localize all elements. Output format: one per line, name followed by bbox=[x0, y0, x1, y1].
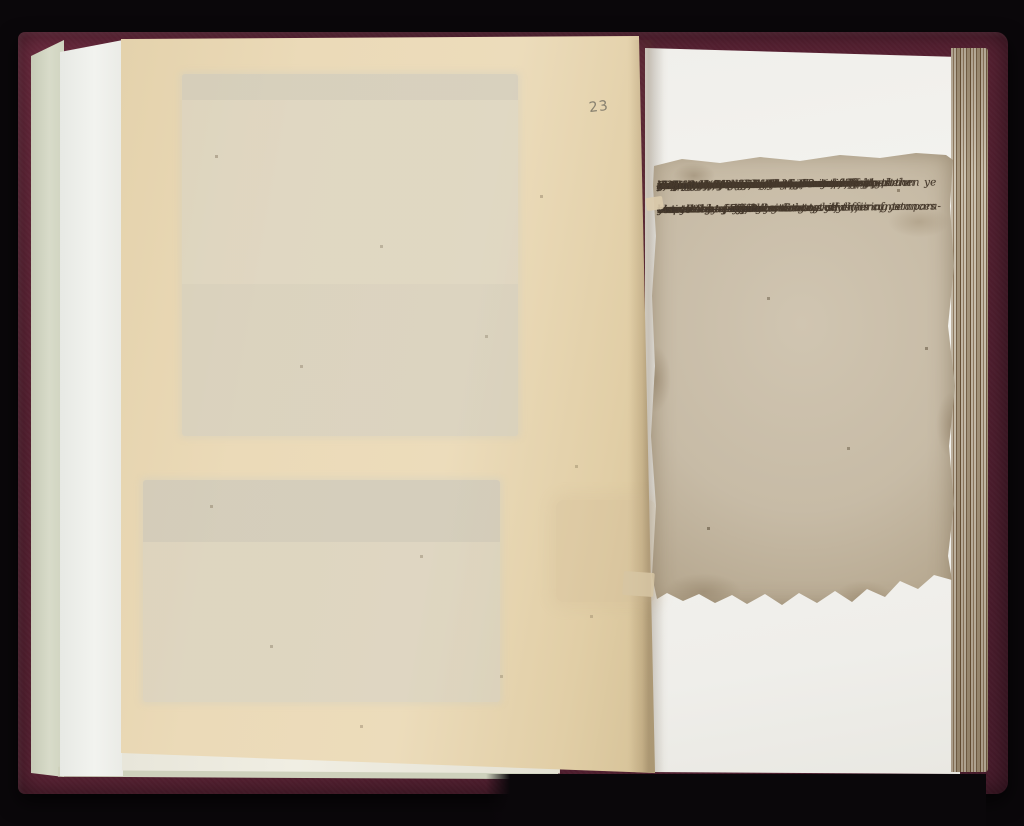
show-through-panel-bottom bbox=[143, 480, 500, 702]
tape-tab bbox=[645, 196, 664, 211]
flyleaf-white bbox=[60, 40, 123, 776]
tape-tab bbox=[622, 571, 655, 597]
flyleaf-green bbox=[31, 40, 64, 777]
manuscript-paragraph: Feavours & most of their other Symtoms &… bbox=[657, 200, 951, 204]
folio-number: 23 bbox=[588, 98, 610, 116]
left-page bbox=[121, 36, 655, 773]
show-through-panel-top bbox=[182, 74, 518, 436]
photograph-stage: 23 And indeed it were in my opiniona thi… bbox=[0, 0, 1024, 826]
manuscript-fragment: And indeed it were in my opiniona thing … bbox=[648, 148, 956, 610]
manuscript-text: And indeed it were in my opiniona thing … bbox=[657, 176, 951, 204]
fragment-edge-vignette bbox=[648, 148, 956, 610]
fore-edge-page-stack bbox=[951, 48, 988, 772]
bottom-shadow bbox=[486, 774, 986, 826]
